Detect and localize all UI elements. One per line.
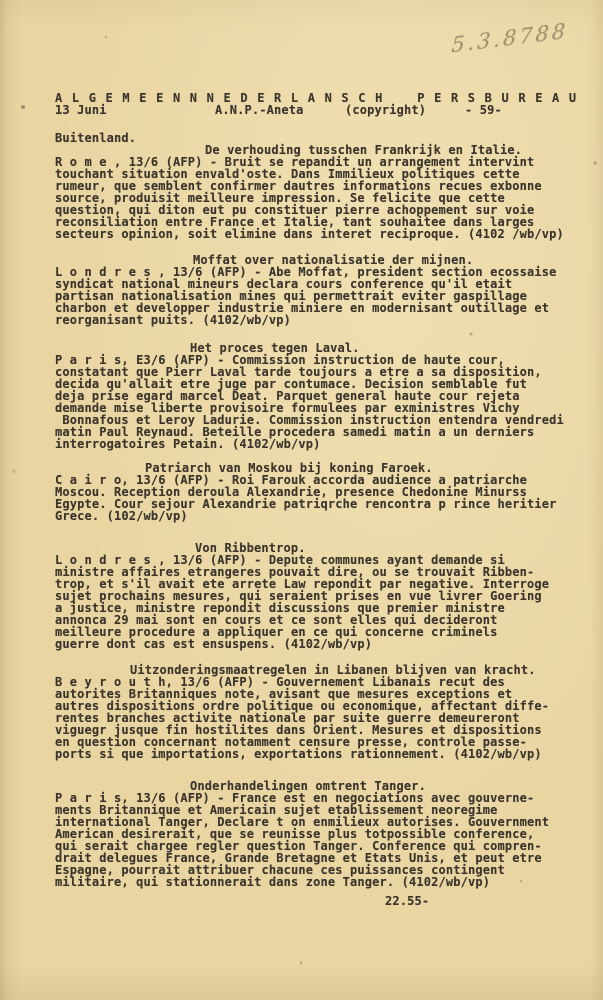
article-body: L o n d r e s , 13/6 (AFP) - Depute comm… (55, 554, 578, 650)
article-von-ribbentrop: Von Ribbentrop. L o n d r e s , 13/6 (AF… (55, 542, 578, 650)
issue-date: 13 Juni (55, 104, 107, 116)
handwritten-archive-number: 5.3.8788 (451, 19, 569, 58)
article-body: C a i r o, 13/6 (AFP) - Roi Farouk accor… (55, 474, 578, 522)
paper-specks (0, 0, 2, 2)
article-body: P a r i s, 13/6 (AFP) - France est en ne… (55, 792, 578, 888)
page-number: - 59- (465, 104, 502, 116)
article-proces-laval: Het proces tegen Laval. P a r i s, E3/6 … (55, 342, 578, 450)
article-body: L o n d r e s , 13/6 (AFP) - Abe Moffat,… (55, 266, 578, 326)
article-body: P a r i s, E3/6 (AFP) - Commission instr… (55, 354, 578, 450)
agency-name: A.N.P.-Aneta (215, 104, 304, 116)
article-body: R o m e , 13/6 (AFP) - Bruit se repandit… (55, 156, 578, 240)
article-libanon-maatregelen: Uitzonderingsmaatregelen in Libanen blij… (55, 664, 578, 760)
article-moffat-mijnen: Moffat over nationalisatie der mijnen. L… (55, 254, 578, 326)
header-meta-line: 13 Juni A.N.P.-Aneta (copyright) - 59- (55, 104, 578, 116)
article-patriarch-faroek: Patriarch van Moskou bij koning Faroek. … (55, 462, 578, 522)
article-france-italie: De verhouding tusschen Frankrijk en Ital… (55, 144, 578, 240)
scanned-press-bulletin-page: 5.3.8788 A L G E M E E N N N E D E R L A… (0, 0, 603, 1000)
article-tanger-onderhandelingen: Onderhandelingen omtrent Tanger. P a r i… (55, 780, 578, 888)
article-body: B e y r o u t h, 13/6 (AFP) - Gouverneme… (55, 676, 578, 760)
typewritten-content: A L G E M E E N N N E D E R L A N S C H … (55, 92, 578, 907)
transmission-time: 22.55- (55, 895, 578, 907)
copyright-note: (copyright) (345, 104, 426, 116)
